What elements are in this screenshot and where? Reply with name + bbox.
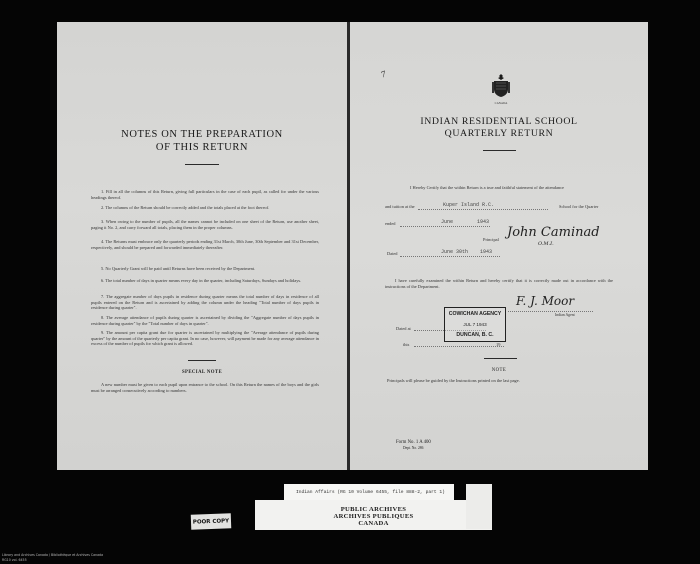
label-tab: [466, 484, 492, 529]
footer-reference: RG10 vol. 6455: [2, 558, 27, 562]
note-divider: [484, 358, 517, 359]
right-page: CANADA INDIAN RESIDENTIAL SCHOOL QUARTER…: [350, 22, 648, 470]
archive-line3: CANADA: [255, 520, 492, 527]
dated-year: 1943: [480, 249, 492, 255]
note-text: Principals will please be guided by the …: [387, 378, 520, 383]
title-divider: [185, 164, 219, 165]
school-title-divider: [483, 150, 516, 151]
agent-signature-line: [508, 311, 593, 312]
this-line: [414, 346, 504, 347]
school-title: INDIAN RESIDENTIAL SCHOOL QUARTERLY RETU…: [350, 116, 648, 140]
dated-label: Dated: [387, 251, 397, 256]
archive-line2: ARCHIVES PUBLIQUES: [255, 513, 492, 520]
dated-value: June 30th: [441, 249, 468, 255]
notes-title-line1: NOTES ON THE PREPARATION: [57, 128, 347, 141]
note-5: 5. No Quarterly Grant will be paid until…: [91, 266, 319, 272]
dated-at-label: Dated at: [396, 326, 411, 331]
footer-credit: Library and Archives Canada / Bibliothèq…: [2, 553, 103, 557]
principal-signature: John Caminad: [507, 225, 600, 240]
note-2: 2. The columns of the Return should be c…: [91, 205, 319, 211]
crest-caption: CANADA: [489, 101, 513, 105]
note-1: 1. Fill in all the columns of this Retur…: [91, 189, 319, 200]
archive-reference: Indian Affairs (RG 10 Volume 6455, file …: [296, 490, 445, 495]
special-note-divider: [188, 360, 216, 361]
note-7: 7. The aggregate number of days pupils i…: [91, 294, 319, 311]
school-for-quarter-label: School for the Quarter: [559, 204, 598, 209]
note-9: 9. The amount per capita grant due for q…: [91, 330, 319, 347]
coat-of-arms-icon: [491, 74, 511, 98]
note-8: 8. The average attendance of pupils duri…: [91, 315, 319, 326]
principal-suffix: O.M.I.: [538, 241, 554, 247]
notes-title-line2: OF THIS RETURN: [57, 141, 347, 154]
examined-text: I have carefully examined the within Ret…: [385, 278, 613, 289]
this-label: this: [403, 342, 409, 347]
poor-copy-tag: POOR COPY: [191, 513, 231, 529]
archive-line1: PUBLIC ARCHIVES: [255, 506, 492, 513]
dated-line: [400, 256, 500, 257]
stamp-location: DUNCAN, B. C.: [445, 332, 505, 338]
ended-year: 1943: [477, 219, 489, 225]
note-3: 3. When owing to the number of pupils, a…: [91, 219, 319, 230]
and-tuition-label: and tuition at the: [385, 204, 415, 209]
agent-signature: F. J. Moor: [516, 294, 574, 308]
ended-line: [400, 226, 490, 227]
school-title-line1: INDIAN RESIDENTIAL SCHOOL: [350, 116, 648, 128]
school-name-line: [418, 209, 548, 210]
note-heading: NOTE: [350, 368, 648, 373]
school-title-line2: QUARTERLY RETURN: [350, 128, 648, 140]
form-dept-number: Dept. No. 286: [403, 446, 423, 450]
school-name-value: Kuper Island R.C.: [443, 202, 494, 208]
day-suffix: 19: [496, 342, 500, 347]
note-4: 4. The Returns must embrace only the qua…: [91, 239, 319, 250]
special-note-heading: SPECIAL NOTE: [57, 370, 347, 375]
left-page: NOTES ON THE PREPARATION OF THIS RETURN …: [57, 22, 347, 470]
note-6: 6. The total number of days in quarter m…: [91, 278, 319, 284]
stamp-agency: COWICHAN AGENCY: [445, 311, 505, 317]
agency-stamp: COWICHAN AGENCY JUL 7 1943 DUNCAN, B. C.: [444, 307, 506, 342]
certify-text: I Hereby Certify that the within Return …: [410, 185, 564, 190]
special-note-text: A new number must be given to each pupil…: [91, 382, 319, 393]
stamp-date: JUL 7 1943: [445, 322, 505, 327]
notes-title: NOTES ON THE PREPARATION OF THIS RETURN: [57, 128, 347, 154]
ended-month: June: [441, 219, 453, 225]
ended-label: ended: [385, 221, 395, 226]
form-number: Form No. 1 A 400: [396, 440, 431, 445]
agent-label: Indian Agent: [555, 313, 575, 317]
principal-label: Principal: [483, 237, 499, 242]
